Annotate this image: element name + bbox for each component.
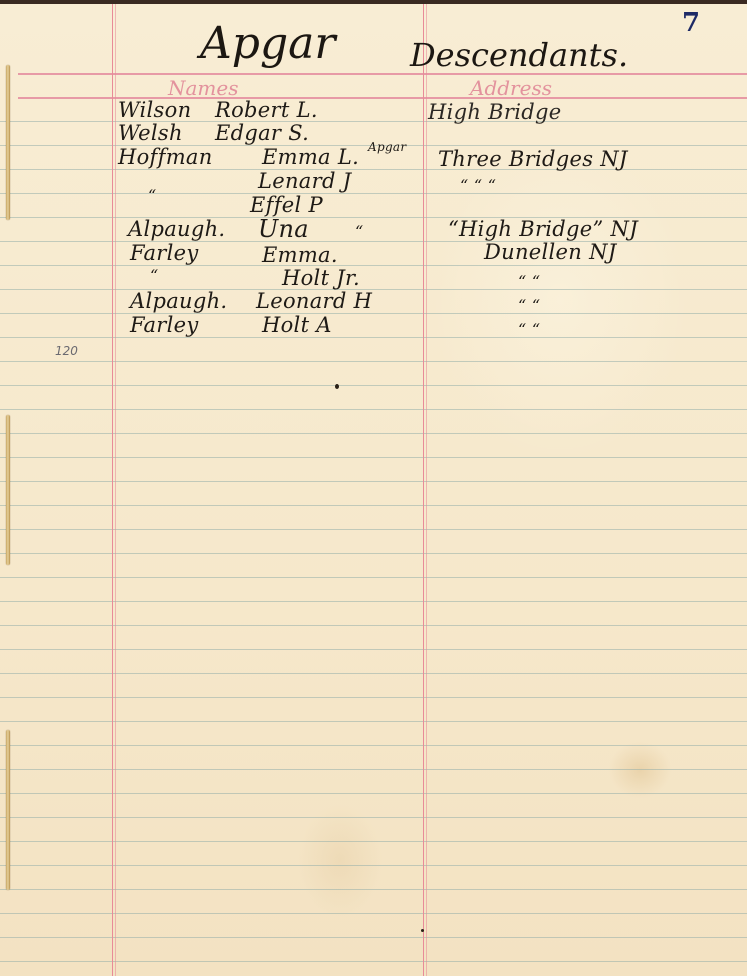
entry-given-name: Emma L. <box>262 145 359 169</box>
binding-stitch <box>6 65 10 220</box>
entry-given-name: Emma. <box>262 243 338 267</box>
left-margin-line <box>112 4 113 976</box>
entry-note: Apgar <box>368 140 406 154</box>
entry-surname: Farley <box>130 313 199 337</box>
entry-address-ditto: “ “ “ <box>460 176 496 195</box>
binding-stitch <box>6 730 10 890</box>
entry-given-name: Holt A <box>262 313 332 337</box>
entry-given-name: Lenard J <box>258 169 351 193</box>
entry-surname-ditto: “ <box>148 186 156 205</box>
entry-given-name: Leonard H <box>256 289 372 313</box>
entry-surname: Farley <box>130 241 199 265</box>
ink-spot <box>335 384 339 389</box>
margin-note: 120 <box>55 344 78 358</box>
column-divider-line <box>423 4 424 976</box>
names-column-header: Names <box>168 76 239 100</box>
entry-address-ditto: “ “ <box>518 272 540 291</box>
address-column-header: Address <box>470 76 552 100</box>
entry-address-ditto: “ “ <box>518 296 540 315</box>
entry-given-name: Edgar S. <box>215 121 309 145</box>
entry-address-ditto: “ “ <box>518 320 540 339</box>
ink-spot <box>421 929 424 932</box>
entry-surname: Alpaugh. <box>130 289 227 313</box>
page-title-descendants: Descendants. <box>410 36 628 74</box>
entry-given-name: Robert L. <box>215 98 318 122</box>
page-number: 7 <box>682 8 700 38</box>
entry-address: High Bridge <box>428 100 561 124</box>
entry-note-ditto: “ <box>355 222 363 241</box>
entry-surname: Wilson <box>118 98 191 122</box>
entry-given-name: Una <box>258 215 309 243</box>
binding-stitch <box>6 415 10 565</box>
entry-address: Dunellen NJ <box>484 240 616 264</box>
entry-given-name: Holt Jr. <box>282 266 360 290</box>
entry-surname: Alpaugh. <box>128 217 225 241</box>
entry-surname-ditto: “ <box>150 266 158 285</box>
entry-given-name: Effel P <box>250 193 323 217</box>
entry-address: Three Bridges NJ <box>438 147 628 171</box>
ledger-page: 7 Apgar Descendants. Names Address 120 W… <box>0 0 747 976</box>
entry-surname: Hoffman <box>118 145 213 169</box>
entry-address: “High Bridge” NJ <box>448 217 638 241</box>
page-title-apgar: Apgar <box>200 18 335 69</box>
entry-surname: Welsh <box>118 121 183 145</box>
header-rule-top <box>18 73 747 75</box>
